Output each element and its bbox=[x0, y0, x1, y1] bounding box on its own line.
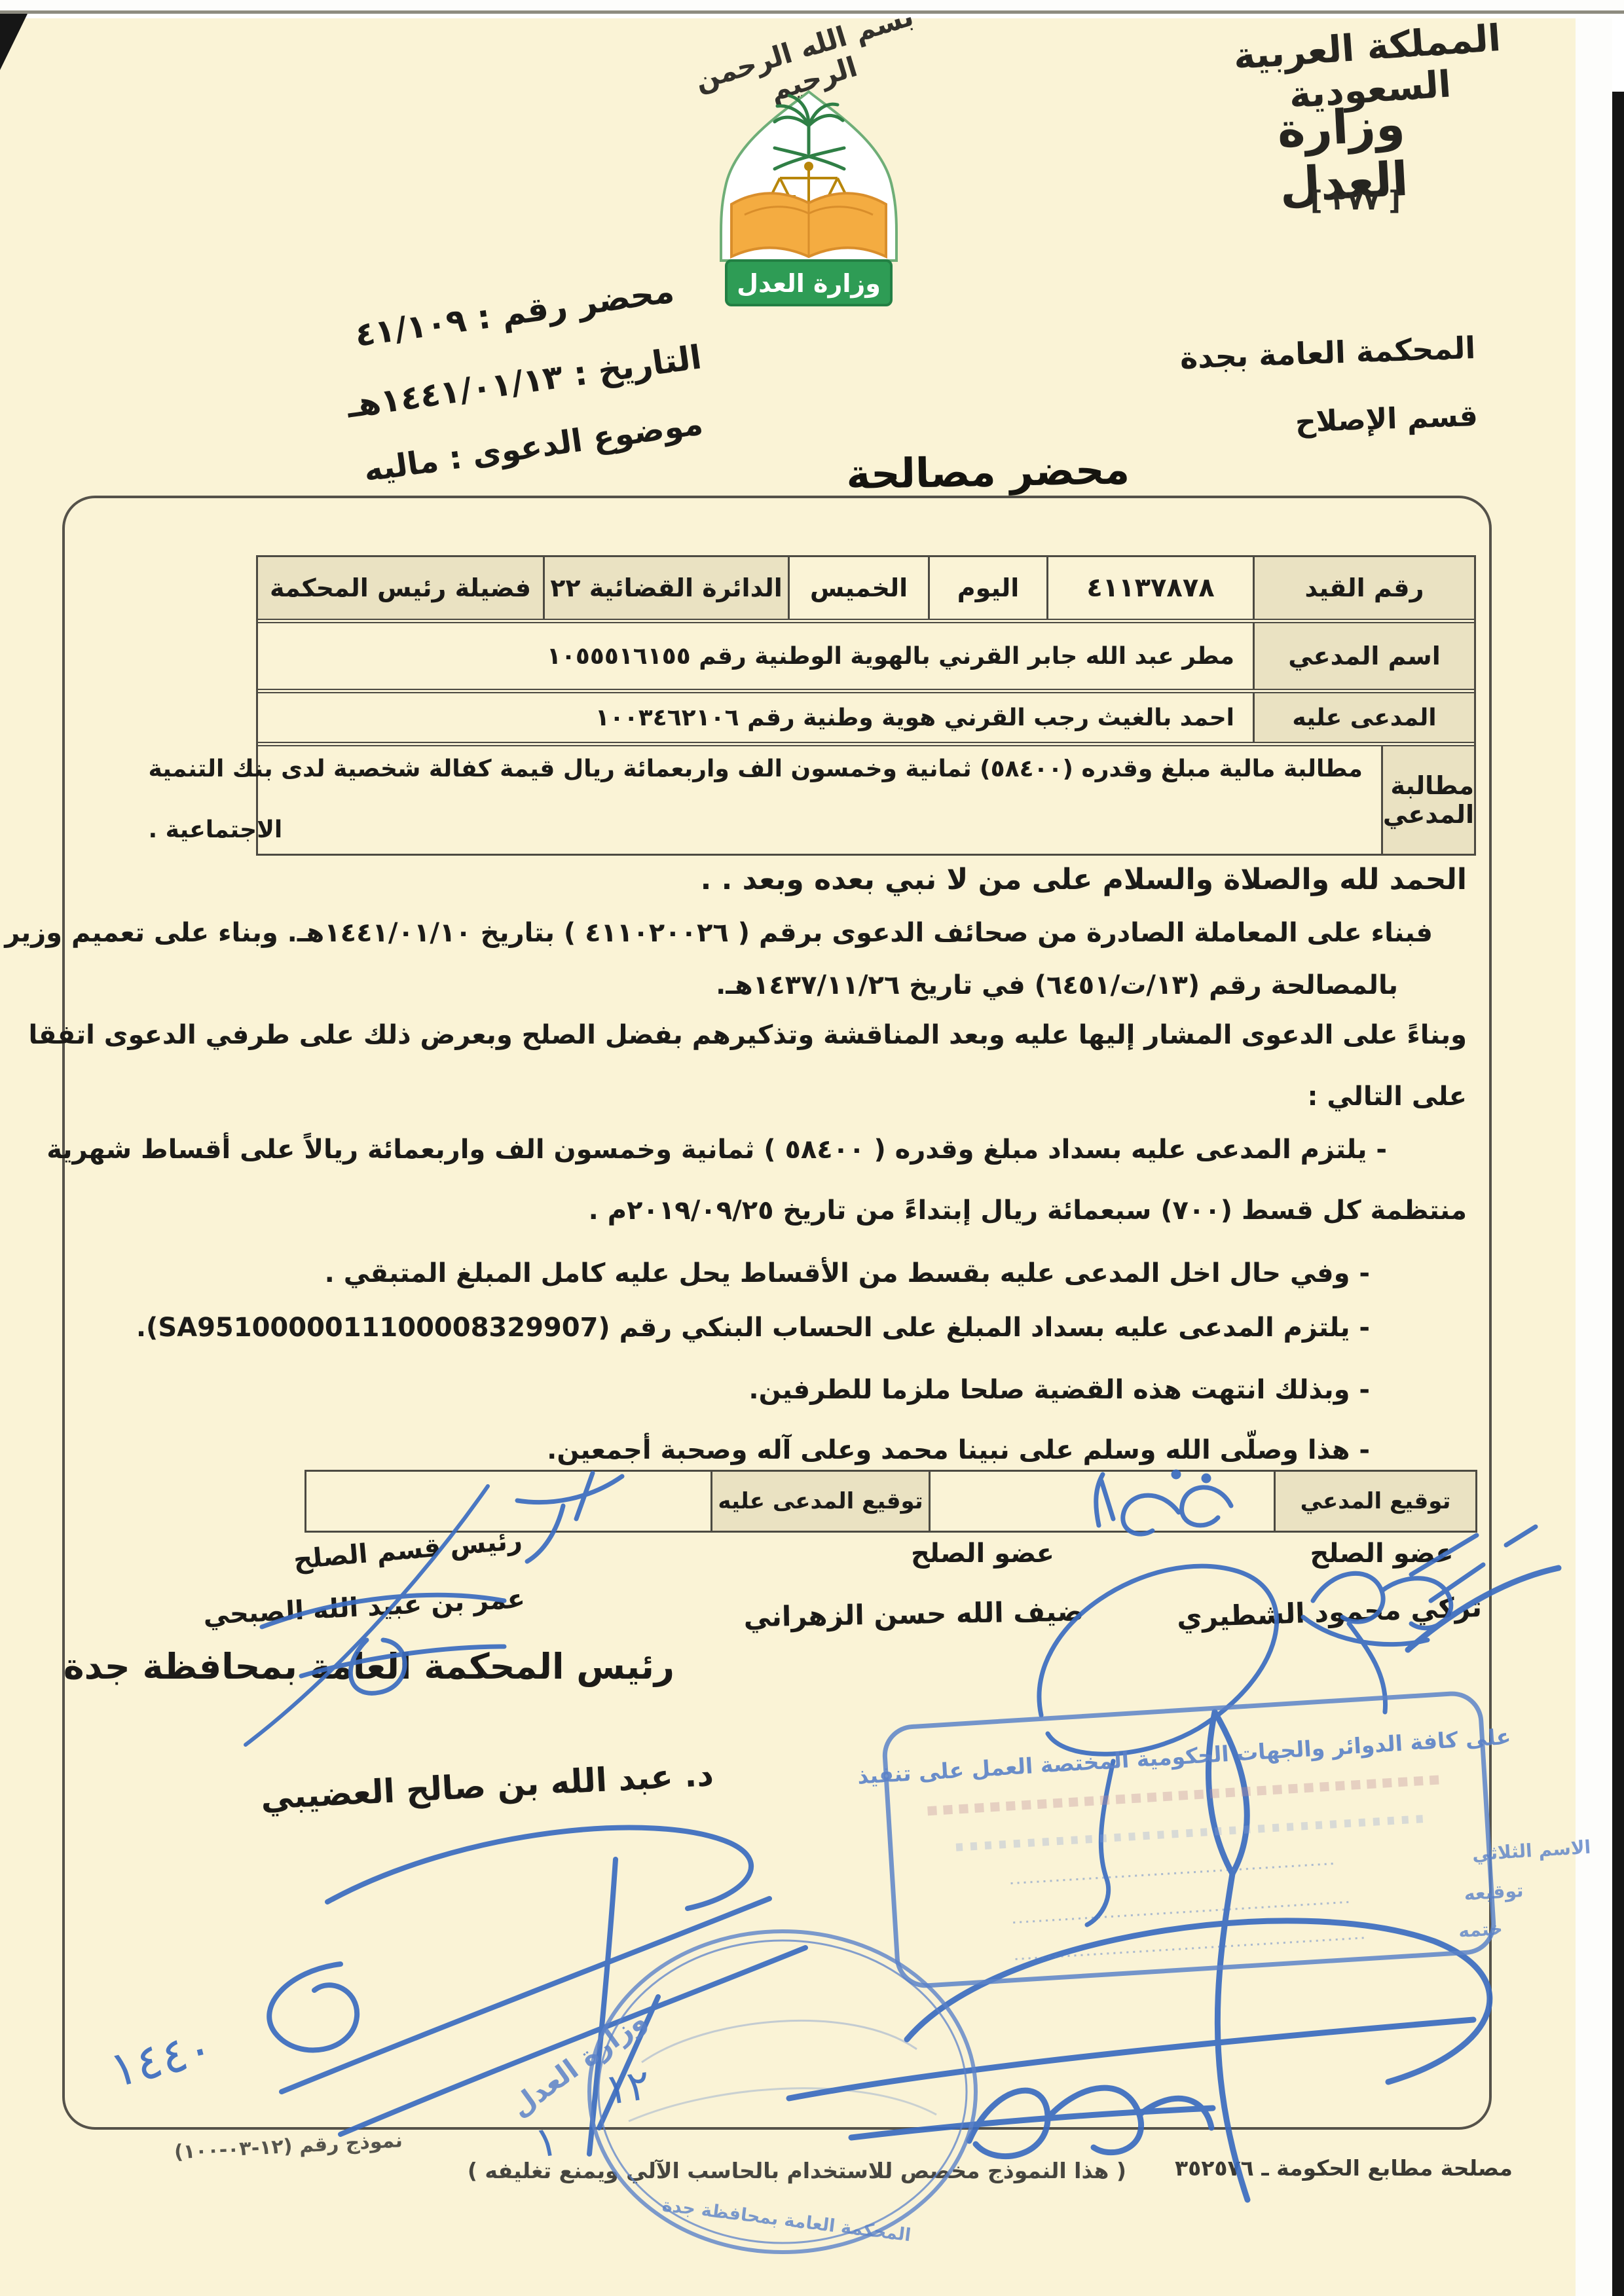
scanned-court-document: بسم الله الرحمن الرحيم المملكة العربية ا… bbox=[0, 0, 1624, 2296]
plaintiff-signature bbox=[1096, 1472, 1231, 1534]
handwritten-date-day: ١٢ bbox=[602, 2061, 653, 2115]
handwritten-date-month: ١ bbox=[531, 2117, 562, 2168]
rect-stamp-faded-line bbox=[928, 1779, 1445, 1811]
oval-stamp: وزارة العدل المحكمة العامة بمحافظة جدة bbox=[505, 1931, 976, 2252]
oval-stamp-inner bbox=[599, 1941, 967, 2243]
ink-overlay: على كافة الدوائر والجهات الحكومية المختص… bbox=[0, 0, 1624, 2296]
rect-stamp-field-seal: ختمه bbox=[1458, 1918, 1503, 1942]
member3-signature bbox=[262, 1595, 504, 1693]
chief-signature bbox=[789, 1568, 1559, 2200]
rect-stamp-faded-line2 bbox=[956, 1819, 1427, 1848]
defendant-signature bbox=[517, 1473, 622, 1561]
stray-ink-stroke bbox=[246, 1486, 488, 1745]
handwritten-year: ١٤٤٠ bbox=[104, 2019, 219, 2099]
rect-stamp-field-signature: توقيعه bbox=[1464, 1880, 1524, 1904]
member1-signature bbox=[1303, 1527, 1536, 1712]
